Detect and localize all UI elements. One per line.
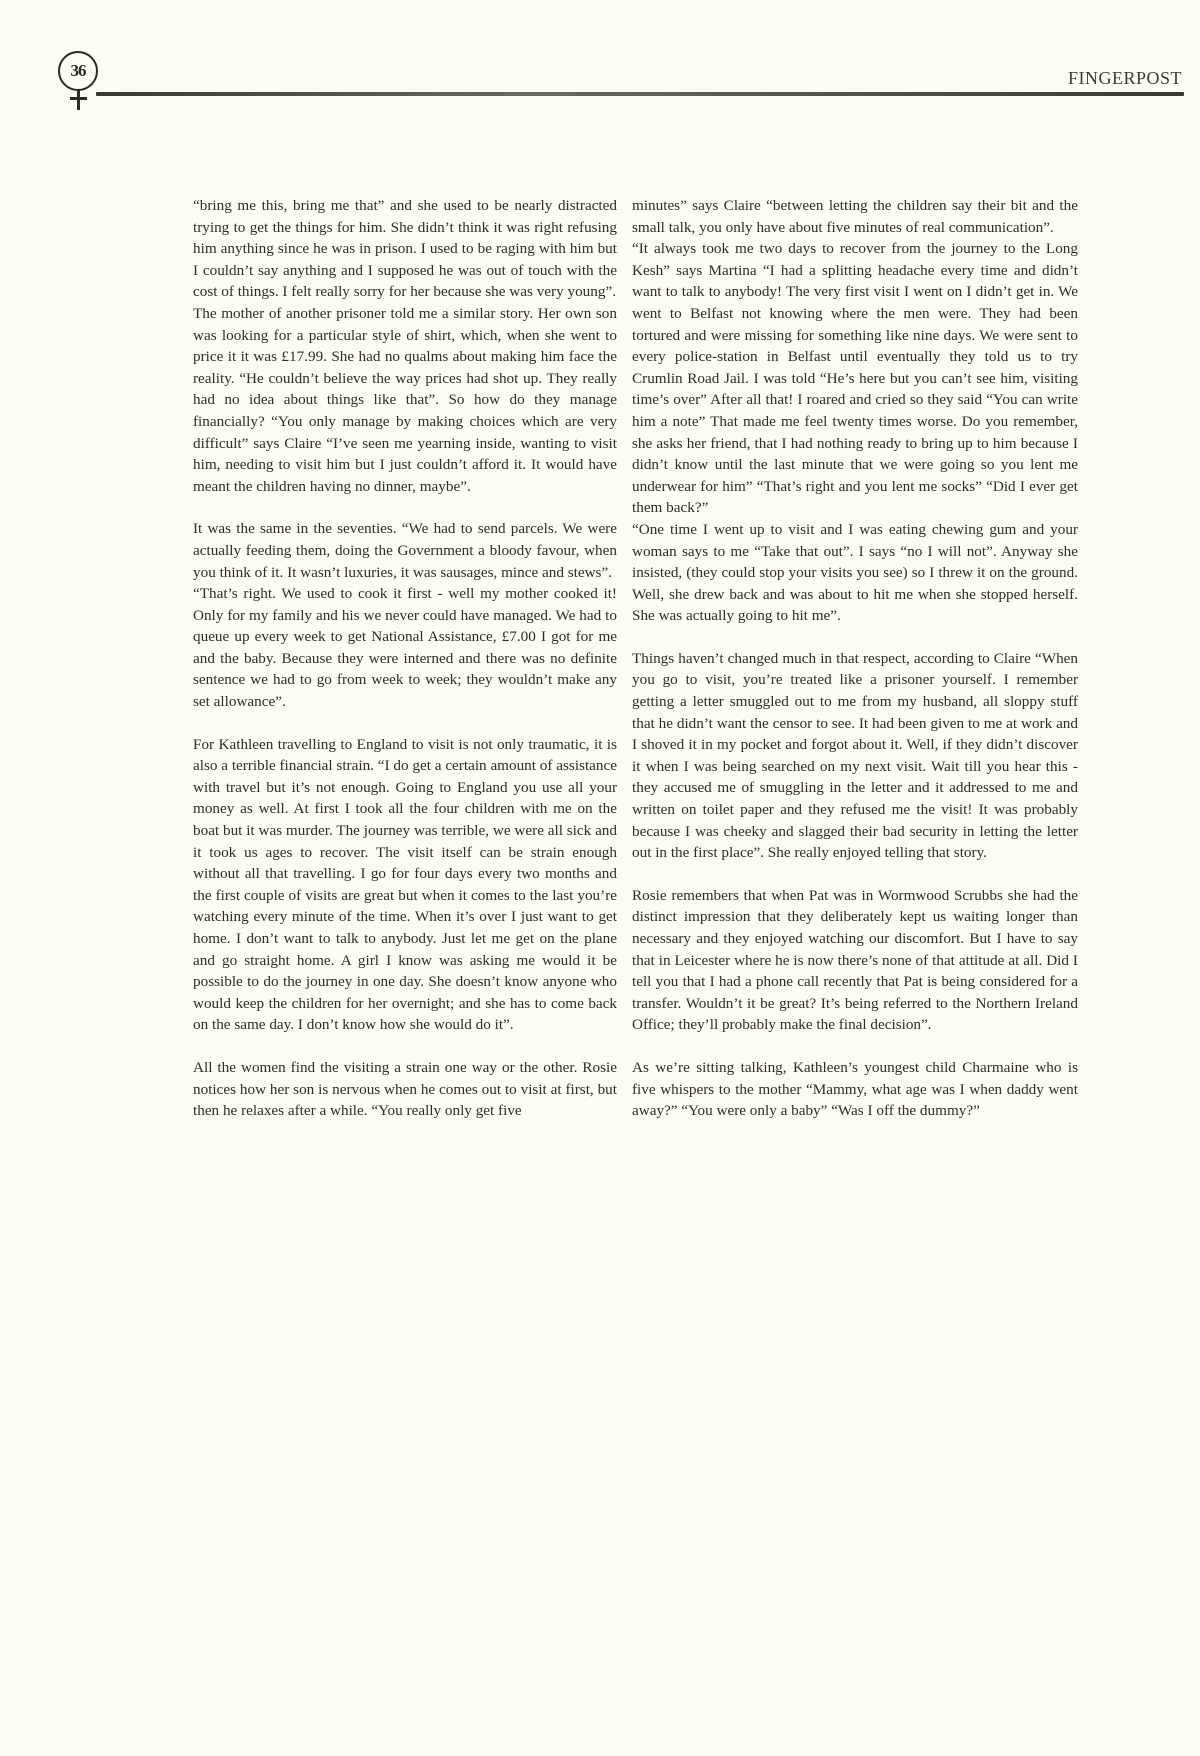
paragraph: As we’re sitting talking, Kathleen’s you… — [632, 1057, 1078, 1122]
page-number: 36 — [71, 61, 86, 81]
article-column-left: “bring me this, bring me that” and she u… — [193, 195, 617, 1122]
header-rule — [96, 92, 1184, 96]
paragraph: Things haven’t changed much in that resp… — [632, 648, 1078, 864]
page-header: 36 FINGERPOST — [0, 0, 1200, 120]
paragraph: For Kathleen travelling to England to vi… — [193, 734, 617, 1036]
paragraph: It was the same in the seventies. “We ha… — [193, 518, 617, 583]
paragraph: Rosie remembers that when Pat was in Wor… — [632, 885, 1078, 1036]
paragraph: “It always took me two days to recover f… — [632, 238, 1078, 519]
paragraph: All the women find the visiting a strain… — [193, 1057, 617, 1122]
female-symbol-icon-crossbar — [70, 97, 87, 100]
paragraph: “bring me this, bring me that” and she u… — [193, 195, 617, 303]
female-symbol-icon — [77, 90, 80, 110]
page-number-badge: 36 — [58, 51, 98, 91]
magazine-title: FINGERPOST — [1068, 68, 1182, 89]
paragraph: minutes” says Claire “between letting th… — [632, 195, 1078, 238]
paragraph: “One time I went up to visit and I was e… — [632, 519, 1078, 627]
article-column-right: minutes” says Claire “between letting th… — [632, 195, 1078, 1122]
paragraph: The mother of another prisoner told me a… — [193, 303, 617, 497]
paragraph: “That’s right. We used to cook it first … — [193, 583, 617, 713]
